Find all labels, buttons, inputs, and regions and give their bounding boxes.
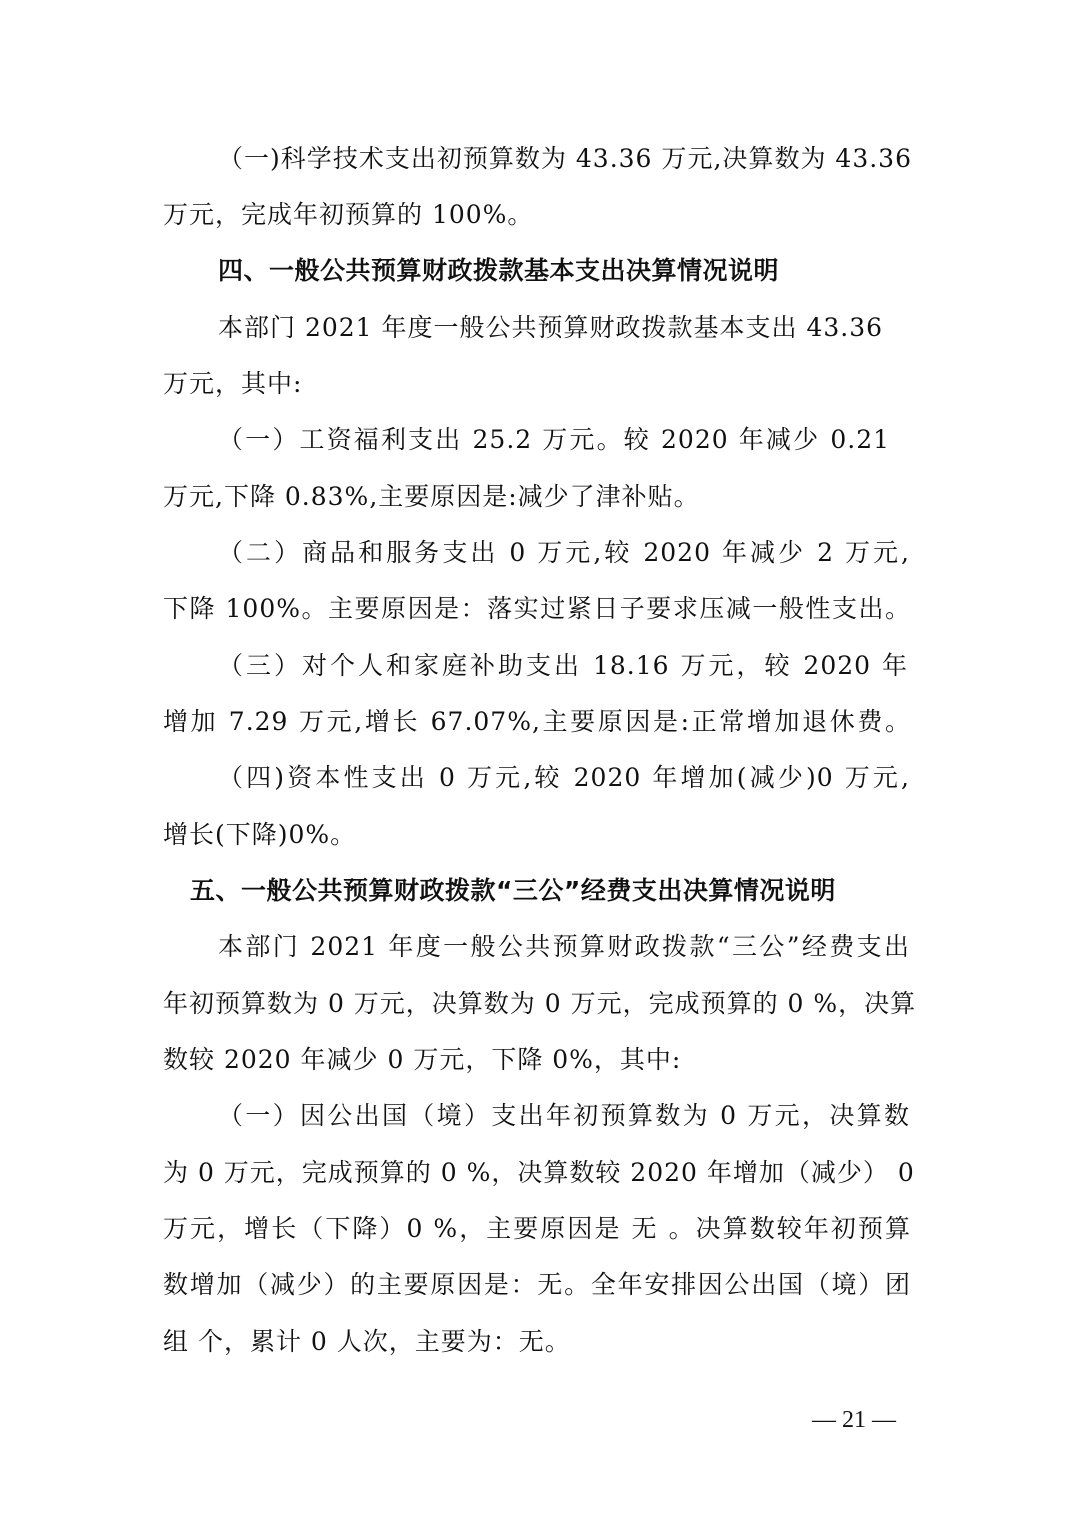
paragraph-line: 万元，增长（下降）0 %，主要原因是 无 。决算数较年初预算 [163,1213,911,1245]
paragraph-line: （一）因公出国（境）支出年初预算数为 0 万元，决算数 [218,1100,910,1132]
paragraph-line: 本部门 2021 年度一般公共预算财政拨款基本支出 43.36 [218,312,883,344]
paragraph-line: 增加 7.29 万元,增长 67.07%,主要原因是:正常增加退休费。 [163,706,911,738]
paragraph-line: 下降 100%。主要原因是：落实过紧日子要求压减一般性支出。 [163,593,911,625]
paragraph-line: 数较 2020 年减少 0 万元，下降 0%，其中: [163,1044,681,1076]
page-number: — 21 — [812,1405,896,1435]
section-heading-4: 四、一般公共预算财政拨款基本支出决算情况说明 [218,255,779,287]
paragraph-line: 数增加（减少）的主要原因是：无。全年安排因公出国（境）团 [163,1269,911,1301]
paragraph-line: 本部门 2021 年度一般公共预算财政拨款“三公”经费支出 [218,931,910,963]
paragraph-line: （一)科学技术支出初预算数为 43.36 万元,决算数为 43.36 [218,143,912,175]
paragraph-line: 年初预算数为 0 万元，决算数为 0 万元，完成预算的 0 %，决算 [163,988,911,1020]
paragraph-line: （三）对个人和家庭补助支出 18.16 万元，较 2020 年 [218,650,908,682]
paragraph-line: （一）工资福利支出 25.2 万元。较 2020 年减少 0.21 [218,424,890,456]
paragraph-line: 为 0 万元，完成预算的 0 %，决算数较 2020 年增加（减少） 0 [163,1157,911,1189]
paragraph-line: （四)资本性支出 0 万元,较 2020 年增加(减少)0 万元, [218,762,910,794]
paragraph-line: （二）商品和服务支出 0 万元,较 2020 年减少 2 万元, [218,537,910,569]
document-page: （一)科学技术支出初预算数为 43.36 万元,决算数为 43.36 万元，完成… [0,0,1074,1520]
paragraph-line: 组 个，累计 0 人次，主要为：无。 [163,1326,571,1358]
paragraph-line: 增长(下降)0%。 [163,819,356,851]
paragraph-line: 万元，其中: [163,368,302,400]
paragraph-line: 万元,下降 0.83%,主要原因是:减少了津补贴。 [163,481,700,513]
section-heading-5: 五、一般公共预算财政拨款“三公”经费支出决算情况说明 [190,875,836,907]
paragraph-line: 万元，完成年初预算的 100%。 [163,199,533,231]
